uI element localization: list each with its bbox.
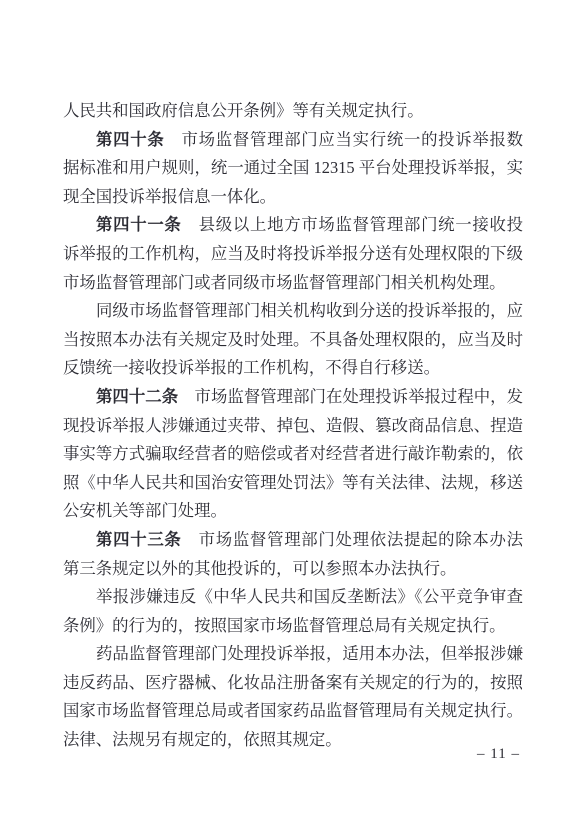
text-line: 据标准和用户规则，统一通过全国 12315 平台处理投诉举报，实 [63,154,523,183]
text-line: 法律、法规另有规定的，依照其规定。 [63,726,523,755]
article-number: 第四十二条 [96,387,178,406]
text-line: 国家市场监督管理总局或者国家药品监督管理局有关规定执行。 [63,697,523,726]
line-text: 药品监督管理部门处理投诉举报，适用本办法，但举报涉嫌 [96,644,523,663]
text-line: 事实等方式骗取经营者的赔偿或者对经营者进行敲诈勒索的，依 [63,440,523,469]
line-text: 违反药品、医疗器械、化妆品注册备案有关规定的行为的，按照 [63,673,523,692]
line-text: 市场监督管理部门或者同级市场监督管理部门相关机构处理。 [63,273,506,292]
document-text-block: 人民共和国政府信息公开条例》等有关规定执行。第四十条 市场监督管理部门应当实行统… [63,97,523,755]
text-line: 同级市场监督管理部门相关机构收到分送的投诉举报的，应 [63,297,523,326]
text-line: 第三条规定以外的其他投诉的，可以参照本办法执行。 [63,555,523,584]
line-text: 县级以上地方市场监督管理部门统一接收投 [182,215,523,234]
article-number: 第四十一条 [96,215,182,234]
text-line: 药品监督管理部门处理投诉举报，适用本办法，但举报涉嫌 [63,640,523,669]
line-text: 公安机关等部门处理。 [63,501,227,520]
line-text: 举报涉嫌违反《中华人民共和国反垄断法》《公平竞争审查 [96,587,523,606]
line-text: 市场监督管理部门处理依法提起的除本办法 [182,530,523,549]
line-text: 法律、法规另有规定的，依照其规定。 [63,730,342,749]
line-text: 当按照本办法有关规定及时处理。不具备处理权限的，应当及时 [63,330,523,349]
text-line: 市场监督管理部门或者同级市场监督管理部门相关机构处理。 [63,269,523,298]
text-line: 条例》的行为的，按照国家市场监督管理总局有关规定执行。 [63,612,523,641]
line-text: 人民共和国政府信息公开条例》等有关规定执行。 [63,101,424,120]
line-text: 事实等方式骗取经营者的赔偿或者对经营者进行敲诈勒索的，依 [63,444,523,463]
page-number: – 11 – [477,744,520,764]
line-text: 条例》的行为的，按照国家市场监督管理总局有关规定执行。 [63,616,506,635]
text-line: 违反药品、医疗器械、化妆品注册备案有关规定的行为的，按照 [63,669,523,698]
line-text: 现投诉举报人涉嫌通过夹带、掉包、造假、篡改商品信息、捏造 [63,416,523,435]
text-line: 现投诉举报人涉嫌通过夹带、掉包、造假、篡改商品信息、捏造 [63,412,523,441]
text-line: 第四十二条 市场监督管理部门在处理投诉举报过程中，发 [63,383,523,412]
line-text: 现全国投诉举报信息一体化。 [63,187,276,206]
text-line: 现全国投诉举报信息一体化。 [63,183,523,212]
line-text: 诉举报的工作机构，应当及时将投诉举报分送有处理权限的下级 [63,244,523,263]
line-text: 市场监督管理部门应当实行统一的投诉举报数 [164,130,523,149]
text-line: 人民共和国政府信息公开条例》等有关规定执行。 [63,97,523,126]
article-number: 第四十条 [96,130,164,149]
text-line: 第四十条 市场监督管理部门应当实行统一的投诉举报数 [63,126,523,155]
line-text: 据标准和用户规则，统一通过全国 12315 平台处理投诉举报，实 [63,158,523,177]
text-line: 照《中华人民共和国治安管理处罚法》等有关法律、法规，移送 [63,469,523,498]
text-line: 当按照本办法有关规定及时处理。不具备处理权限的，应当及时 [63,326,523,355]
line-text: 市场监督管理部门在处理投诉举报过程中，发 [178,387,523,406]
line-text: 反馈统一接收投诉举报的工作机构，不得自行移送。 [63,358,440,377]
line-text: 国家市场监督管理总局或者国家药品监督管理局有关规定执行。 [63,701,523,720]
text-line: 举报涉嫌违反《中华人民共和国反垄断法》《公平竞争审查 [63,583,523,612]
text-line: 诉举报的工作机构，应当及时将投诉举报分送有处理权限的下级 [63,240,523,269]
text-line: 反馈统一接收投诉举报的工作机构，不得自行移送。 [63,354,523,383]
document-page: 人民共和国政府信息公开条例》等有关规定执行。第四十条 市场监督管理部门应当实行统… [0,0,585,828]
text-line: 第四十三条 市场监督管理部门处理依法提起的除本办法 [63,526,523,555]
line-text: 第三条规定以外的其他投诉的，可以参照本办法执行。 [63,559,456,578]
line-text: 照《中华人民共和国治安管理处罚法》等有关法律、法规，移送 [63,473,523,492]
line-text: 同级市场监督管理部门相关机构收到分送的投诉举报的，应 [96,301,523,320]
text-line: 公安机关等部门处理。 [63,497,523,526]
article-number: 第四十三条 [96,530,182,549]
text-line: 第四十一条 县级以上地方市场监督管理部门统一接收投 [63,211,523,240]
